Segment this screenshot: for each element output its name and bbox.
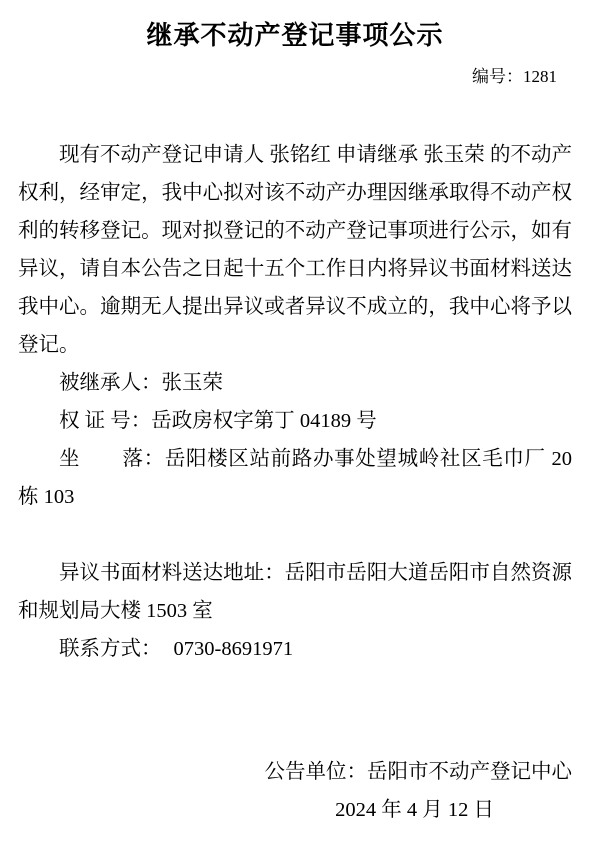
detail-certificate-number-label: 权 证 号： <box>59 410 151 432</box>
detail-certificate-number-value: 岳政房权字第丁 04189 号 <box>151 410 377 432</box>
issuer-line: 公告单位：岳阳市不动产登记中心 <box>265 753 573 791</box>
notice-number: 编号：1281 <box>18 64 572 90</box>
notice-document: 继承不动产登记事项公示 编号：1281 现有不动产登记申请人 张铭红 申请继承 … <box>0 0 590 841</box>
issuer-value: 岳阳市不动产登记中心 <box>367 761 572 783</box>
detail-certificate-number: 权 证 号：岳政房权字第丁 04189 号 <box>18 402 572 440</box>
notice-number-label: 编号： <box>472 67 523 86</box>
contact-info: 联系方式：0730-8691971 <box>18 630 572 668</box>
detail-decedent: 被继承人：张玉荣 <box>18 364 572 402</box>
objection-address-label: 异议书面材料送达地址： <box>59 562 285 584</box>
contact-info-label: 联系方式： <box>59 638 162 660</box>
notice-number-value: 1281 <box>523 67 557 86</box>
objection-address: 异议书面材料送达地址：岳阳市岳阳大道岳阳市自然资源和规划局大楼 1503 室 <box>18 554 572 630</box>
detail-location: 坐 落：岳阳楼区站前路办事处望城岭社区毛巾厂 20 栋 103 <box>18 440 572 516</box>
footer: 公告单位：岳阳市不动产登记中心 2024 年 4 月 12 日 <box>265 753 573 829</box>
page-title: 继承不动产登记事项公示 <box>18 18 572 52</box>
detail-decedent-value: 张玉荣 <box>162 372 224 394</box>
issuer-label: 公告单位： <box>265 761 368 783</box>
contact-info-value: 0730-8691971 <box>174 638 294 660</box>
date-line: 2024 年 4 月 12 日 <box>265 791 573 829</box>
detail-location-label: 坐 落： <box>59 448 165 470</box>
notice-body-paragraph: 现有不动产登记申请人 张铭红 申请继承 张玉荣 的不动产权利，经审定，我中心拟对… <box>18 136 572 364</box>
detail-decedent-label: 被继承人： <box>59 372 162 394</box>
